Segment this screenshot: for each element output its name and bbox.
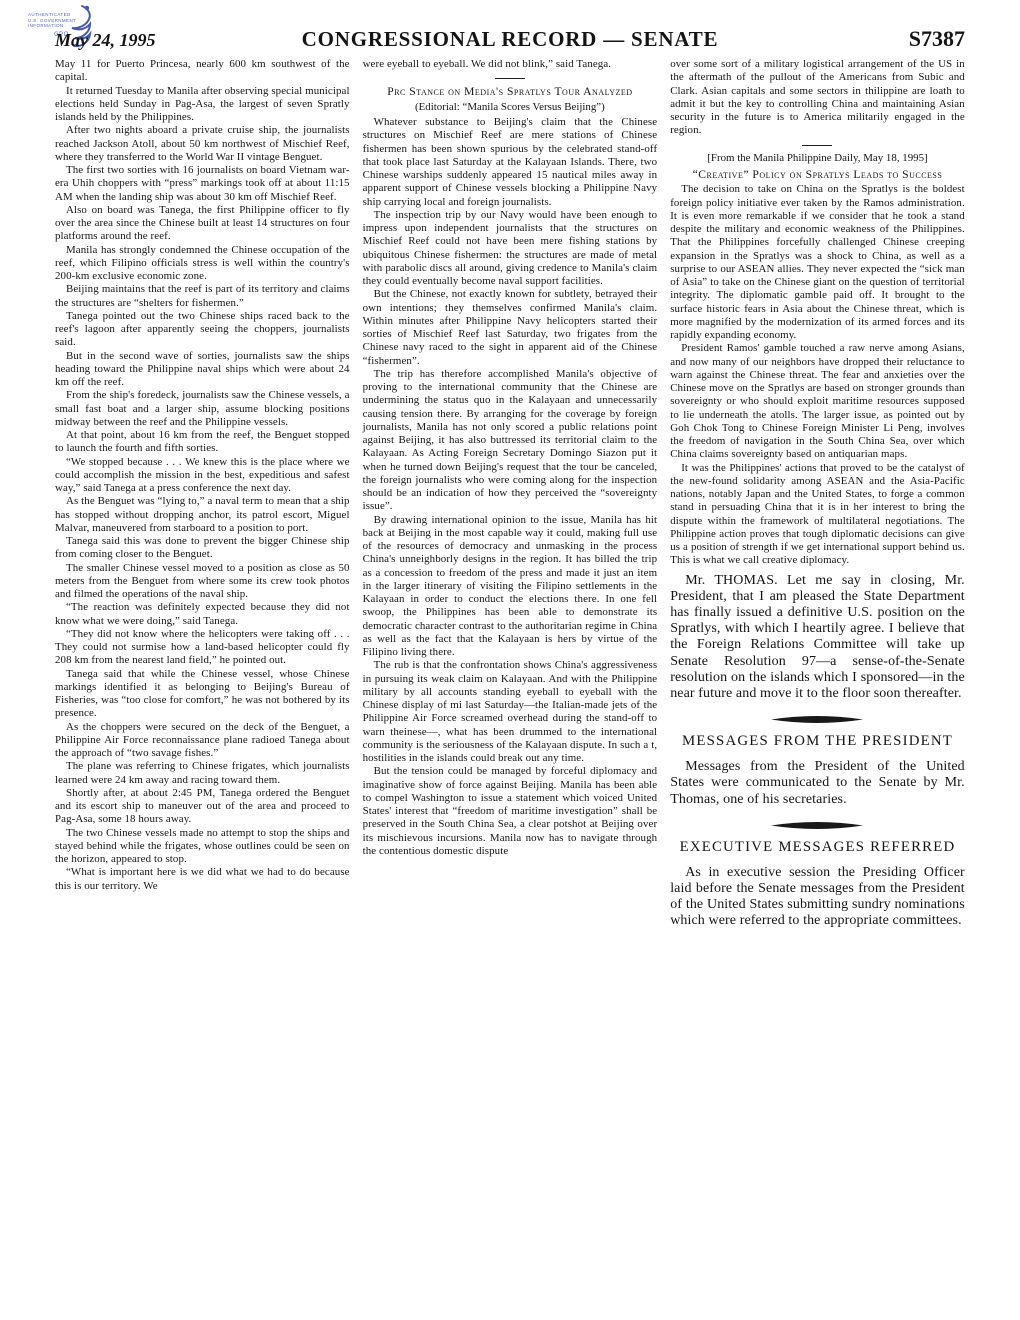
paragraph: The trip has therefore accomplished Mani… xyxy=(363,368,658,514)
proceedings-paragraph: Mr. THOMAS. Let me say in closing, Mr. P… xyxy=(670,573,965,703)
dash-separator xyxy=(495,78,525,79)
paragraph: Tanega said that while the Chinese vesse… xyxy=(55,668,350,721)
paragraph: But the Chinese, not exactly known for s… xyxy=(363,288,658,368)
masthead-title: CONGRESSIONAL RECORD — SENATE xyxy=(275,27,745,52)
paragraph: The first two sorties with 16 journalist… xyxy=(55,164,350,204)
paragraph: At that point, about 16 km from the reef… xyxy=(55,429,350,456)
paragraph: From the ship's foredeck, journalists sa… xyxy=(55,389,350,429)
page-number: S7387 xyxy=(745,26,965,52)
column-middle: were eyeball to eyeball. We did not blin… xyxy=(363,58,658,930)
dash-separator xyxy=(802,145,832,146)
paragraph: After two nights aboard a private cruise… xyxy=(55,124,350,164)
centered-citation-line: (Editorial: “Manila Scores Versus Beijin… xyxy=(363,101,658,114)
lens-rule-glyph xyxy=(771,715,863,724)
column-left: May 11 for Puerto Princesa, nearly 600 k… xyxy=(55,58,350,930)
paragraph-continuation: over some sort of a military logistical … xyxy=(670,58,965,138)
section-heading: EXECUTIVE MESSAGES REFERRED xyxy=(670,839,965,856)
section-heading: MESSAGES FROM THE PRESIDENT xyxy=(670,733,965,750)
paragraph: “They did not know where the helicopters… xyxy=(55,628,350,668)
paragraph: The smaller Chinese vessel moved to a po… xyxy=(55,562,350,602)
article-heading: “Creative” Policy on Spratlys Leads to S… xyxy=(670,168,965,182)
paragraph: “The reaction was definitely expected be… xyxy=(55,601,350,628)
column-right: over some sort of a military logistical … xyxy=(670,58,965,930)
paragraph: But the tension could be managed by forc… xyxy=(363,765,658,858)
paragraph: Shortly after, at about 2:45 PM, Tanega … xyxy=(55,787,350,827)
centered-citation-line: [From the Manila Philippine Daily, May 1… xyxy=(670,152,965,165)
proceedings-paragraph: Messages from the President of the Unite… xyxy=(670,759,965,808)
paragraph: Tanega pointed out the two Chinese ships… xyxy=(55,310,350,350)
paragraph: As the Benguet was “lying to,” a naval t… xyxy=(55,495,350,535)
paragraph-continuation: were eyeball to eyeball. We did not blin… xyxy=(363,58,658,71)
paragraph: The plane was referring to Chinese friga… xyxy=(55,760,350,787)
section-separator xyxy=(670,821,965,830)
paragraph: Manila has strongly condemned the Chines… xyxy=(55,244,350,284)
proceedings-paragraph: As in executive session the Presiding Of… xyxy=(670,865,965,930)
paragraph: Whatever substance to Beijing's claim th… xyxy=(363,116,658,209)
paragraph: “We stopped because . . . We knew this i… xyxy=(55,456,350,496)
paragraph: Also on board was Tanega, the first Phil… xyxy=(55,204,350,244)
lens-rule-glyph xyxy=(771,821,863,830)
section-separator xyxy=(670,715,965,724)
paragraph: The decision to take on China on the Spr… xyxy=(670,183,965,342)
issue-date: May 24, 1995 xyxy=(55,30,275,51)
paragraph: The rub is that the confrontation shows … xyxy=(363,659,658,765)
paragraph: But in the second wave of sorties, journ… xyxy=(55,350,350,390)
paragraph: Beijing maintains that the reef is part … xyxy=(55,283,350,310)
page-header: May 24, 1995 CONGRESSIONAL RECORD — SENA… xyxy=(55,26,965,56)
congressional-record-page: AUTHENTICATED U.S. GOVERNMENT INFORMATIO… xyxy=(0,0,1020,1320)
paragraph: The two Chinese vessels made no attempt … xyxy=(55,827,350,867)
paragraph-continuation: May 11 for Puerto Princesa, nearly 600 k… xyxy=(55,58,350,85)
paragraph: Tanega said this was done to prevent the… xyxy=(55,535,350,562)
article-heading: Prc Stance on Media's Spratlys Tour Anal… xyxy=(363,85,658,99)
paragraph: “What is important here is we did what w… xyxy=(55,866,350,893)
paragraph: It was the Philippines' actions that pro… xyxy=(670,462,965,568)
paragraph: It returned Tuesday to Manila after obse… xyxy=(55,85,350,125)
paragraph: As the choppers were secured on the deck… xyxy=(55,721,350,761)
text-columns: May 11 for Puerto Princesa, nearly 600 k… xyxy=(55,58,965,930)
paragraph: The inspection trip by our Navy would ha… xyxy=(363,209,658,289)
paragraph: President Ramos' gamble touched a raw ne… xyxy=(670,342,965,461)
paragraph: By drawing international opinion to the … xyxy=(363,514,658,660)
